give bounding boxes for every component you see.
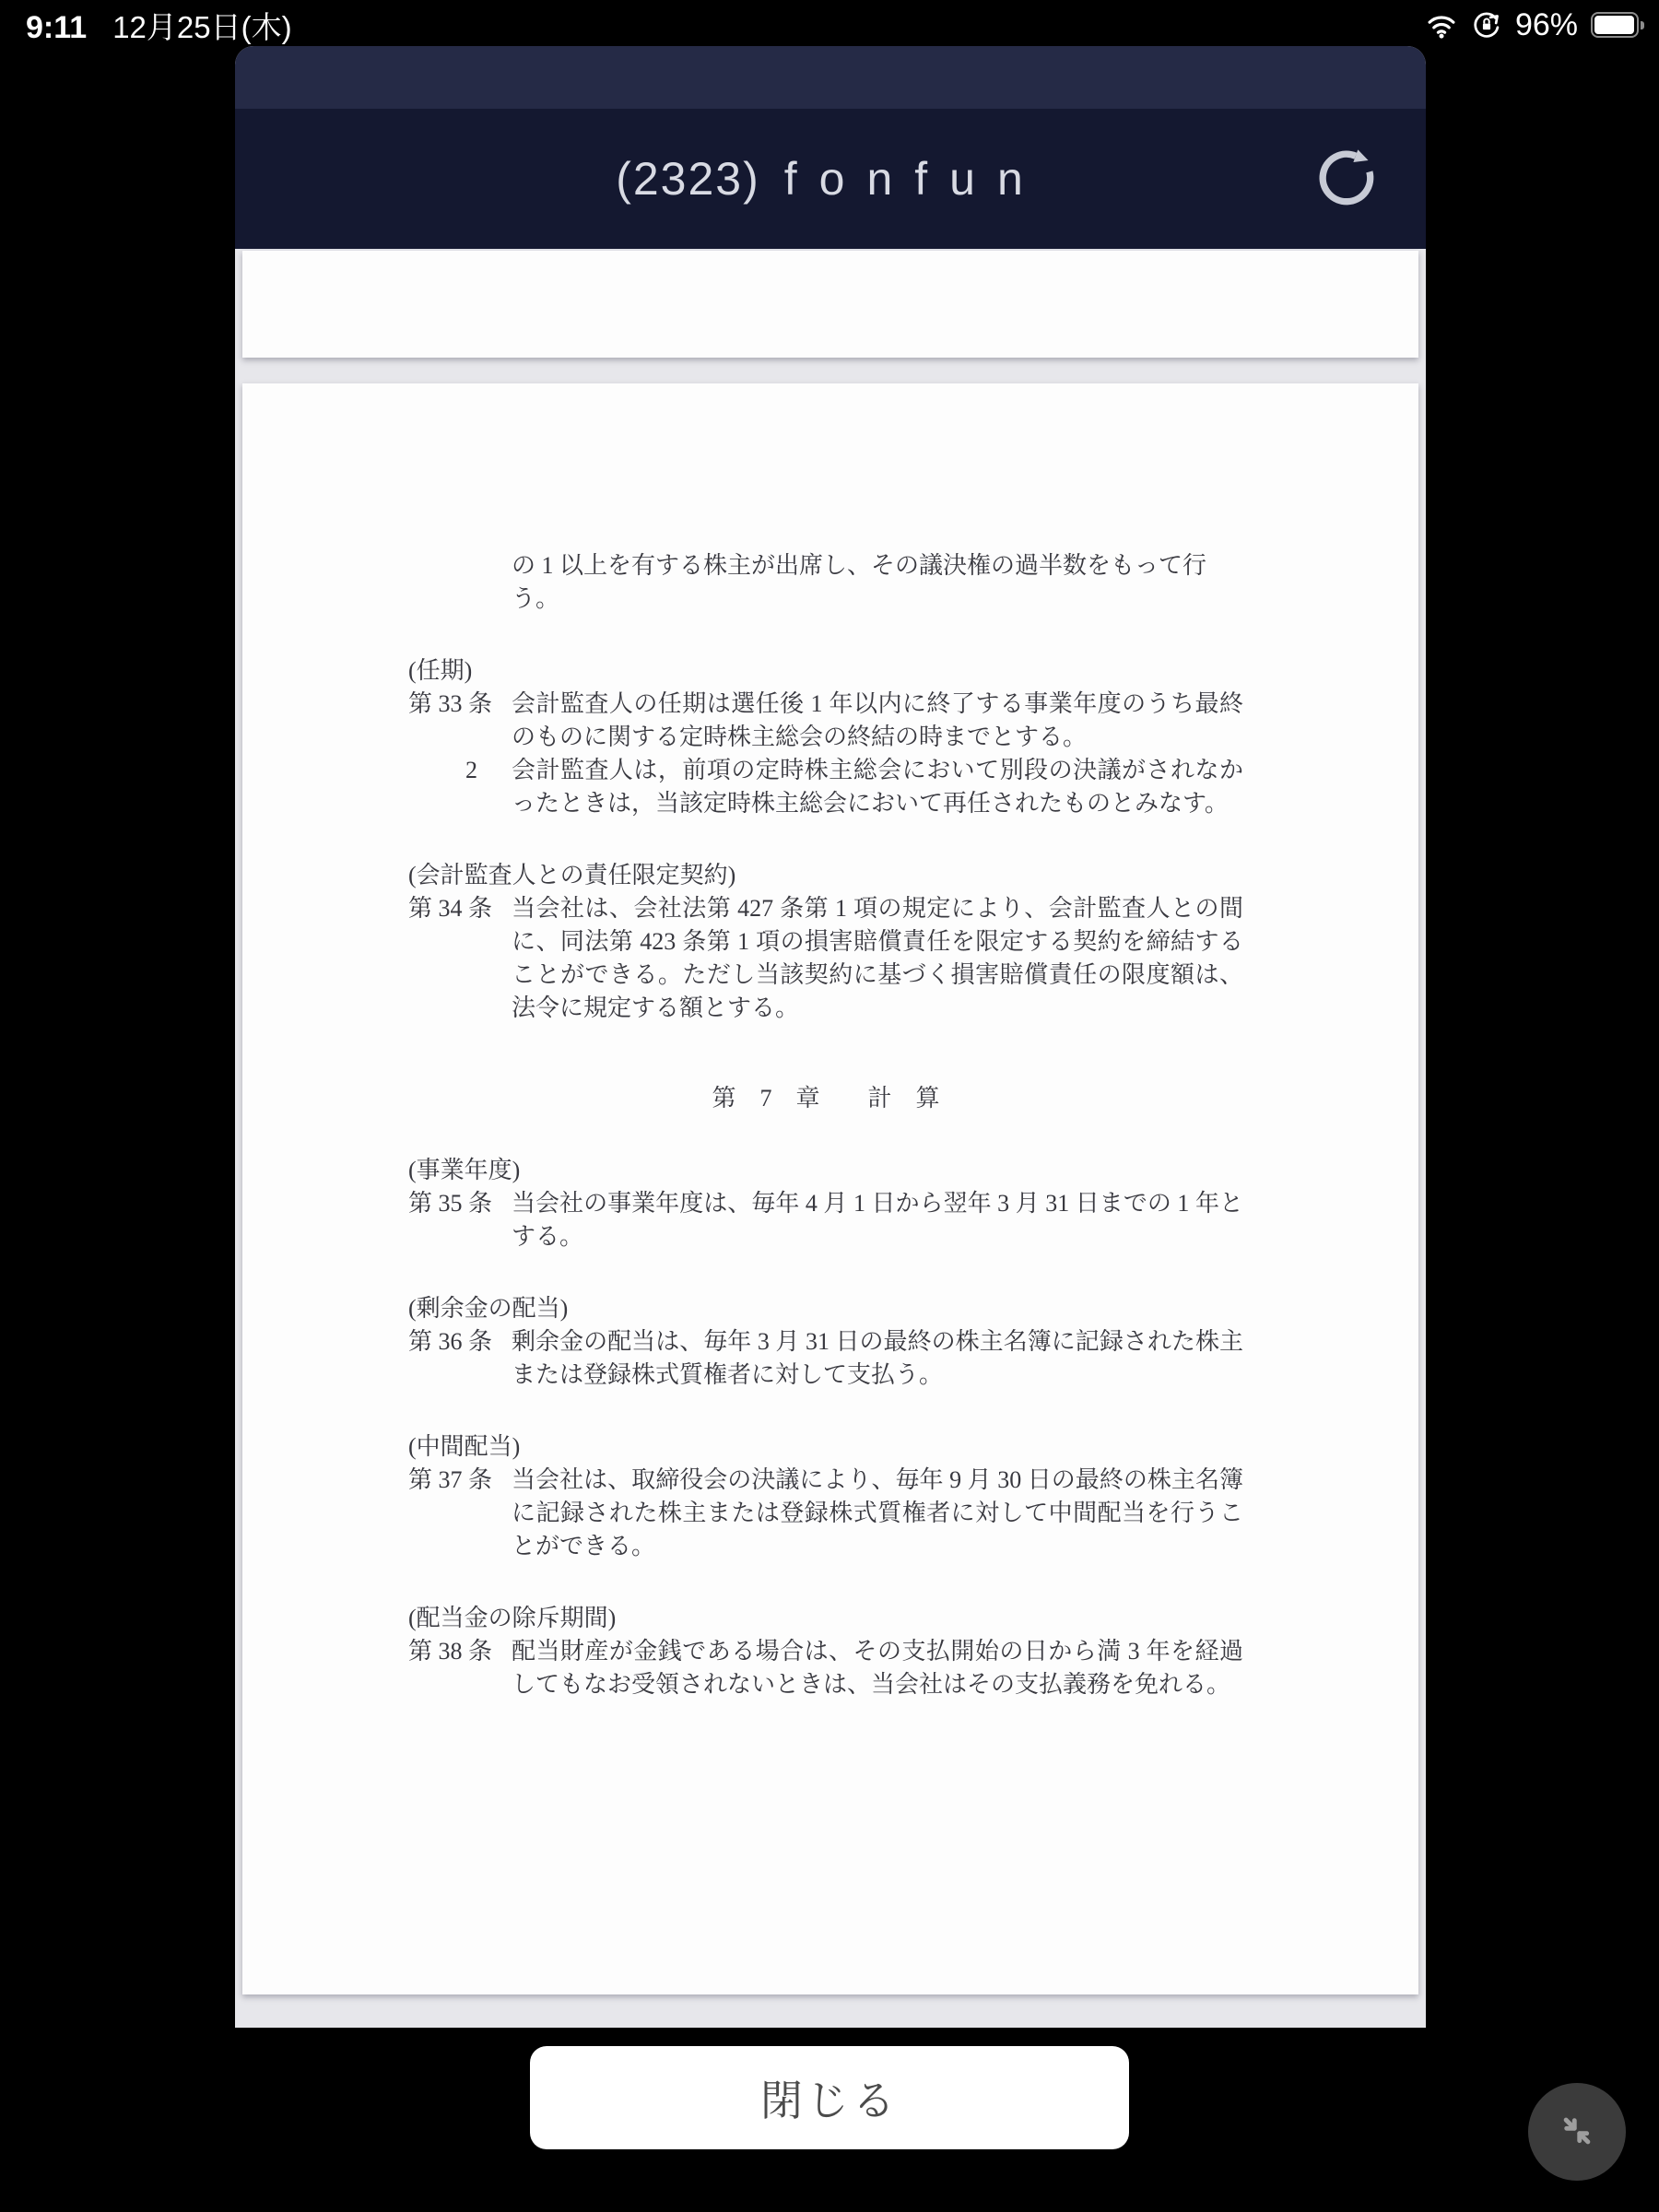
status-bar-left: 9:11 12月25日(木): [26, 0, 292, 47]
page-title: (2323)fonfun: [616, 152, 1045, 206]
refresh-button[interactable]: [1302, 135, 1391, 223]
doc-article-33-2: 2 会計監査人は，前項の定時株主総会において別段の決議がされなかったときは，当該…: [465, 754, 1243, 820]
article-number: 第 33 条: [408, 688, 512, 754]
collapse-arrows-icon: [1547, 2101, 1606, 2163]
article-text: 配当財産が金銭である場合は、その支払開始の日から満 3 年を経過してもなお受領さ…: [512, 1635, 1243, 1701]
paragraph-number: 2: [465, 754, 512, 820]
pdf-viewer[interactable]: の 1 以上を有する株主が出席し、その議決権の過半数をもって行う。 (任期) 第…: [235, 249, 1426, 2028]
doc-article-36: 第 36 条 剰余金の配当は、毎年 3 月 31 日の最終の株主名簿に記録された…: [408, 1325, 1243, 1392]
doc-heading-sekinin: (会計監査人との責任限定契約): [408, 859, 1243, 892]
orientation-lock-icon: [1471, 9, 1502, 41]
document-modal: (2323)fonfun の 1 以上を有する株主が出席し、その議決権の過半数を…: [235, 46, 1426, 2028]
article-number: 第 36 条: [408, 1325, 512, 1392]
doc-heading-joseki: (配当金の除斥期間): [408, 1602, 1243, 1635]
doc-heading-ninki: (任期): [408, 654, 1243, 688]
document-page: の 1 以上を有する株主が出席し、その議決権の過半数をもって行う。 (任期) 第…: [242, 383, 1418, 1994]
doc-article-34: 第 34 条 当会社は、会社法第 427 条第 1 項の規定により、会計監査人と…: [408, 892, 1243, 1025]
article-text: 会計監査人の任期は選任後 1 年以内に終了する事業年度のうち最終のものに関する定…: [512, 688, 1243, 754]
paragraph-text: 会計監査人は，前項の定時株主総会において別段の決議がされなかったときは，当該定時…: [512, 754, 1243, 820]
article-number: 第 34 条: [408, 892, 512, 1025]
document-page-previous: [242, 251, 1418, 358]
close-button[interactable]: 閉じる: [530, 2046, 1129, 2149]
date: 12月25日(木): [112, 4, 291, 47]
modal-header: (2323)fonfun: [235, 109, 1426, 249]
doc-continuation-line: の 1 以上を有する株主が出席し、その議決権の過半数をもって行う。: [512, 549, 1243, 616]
doc-heading-chukan: (中間配当): [408, 1430, 1243, 1464]
company-name: fonfun: [784, 153, 1045, 205]
status-bar-right: 96%: [1425, 4, 1644, 43]
article-text: 当会社は、取締役会の決議により、毎年 9 月 30 日の最終の株主名簿に記録され…: [512, 1464, 1243, 1563]
doc-chapter-heading: 第 7 章 計 算: [408, 1082, 1243, 1115]
article-number: 第 35 条: [408, 1187, 512, 1253]
modal-top-strip: [235, 46, 1426, 109]
collapse-button[interactable]: [1528, 2083, 1626, 2181]
status-bar: 9:11 12月25日(木) 96%: [0, 0, 1659, 46]
battery-percent: 96%: [1515, 7, 1578, 43]
article-text: 剰余金の配当は、毎年 3 月 31 日の最終の株主名簿に記録された株主または登録…: [512, 1325, 1243, 1392]
doc-article-38: 第 38 条 配当財産が金銭である場合は、その支払開始の日から満 3 年を経過し…: [408, 1635, 1243, 1701]
article-number: 第 38 条: [408, 1635, 512, 1701]
doc-heading-jigyonendo: (事業年度): [408, 1154, 1243, 1187]
battery-icon: [1591, 12, 1644, 38]
article-number: 第 37 条: [408, 1464, 512, 1563]
refresh-icon: [1304, 135, 1389, 223]
doc-article-37: 第 37 条 当会社は、取締役会の決議により、毎年 9 月 30 日の最終の株主…: [408, 1464, 1243, 1563]
wifi-icon: [1425, 11, 1458, 39]
clock: 9:11: [26, 10, 87, 46]
stock-code: (2323): [616, 153, 760, 205]
article-text: 当会社は、会社法第 427 条第 1 項の規定により、会計監査人との間に、同法第…: [512, 892, 1243, 1025]
doc-heading-jyoyokin: (剰余金の配当): [408, 1292, 1243, 1325]
article-text: 当会社の事業年度は、毎年 4 月 1 日から翌年 3 月 31 日までの 1 年…: [512, 1187, 1243, 1253]
doc-article-33: 第 33 条 会計監査人の任期は選任後 1 年以内に終了する事業年度のうち最終の…: [408, 688, 1243, 754]
doc-article-35: 第 35 条 当会社の事業年度は、毎年 4 月 1 日から翌年 3 月 31 日…: [408, 1187, 1243, 1253]
